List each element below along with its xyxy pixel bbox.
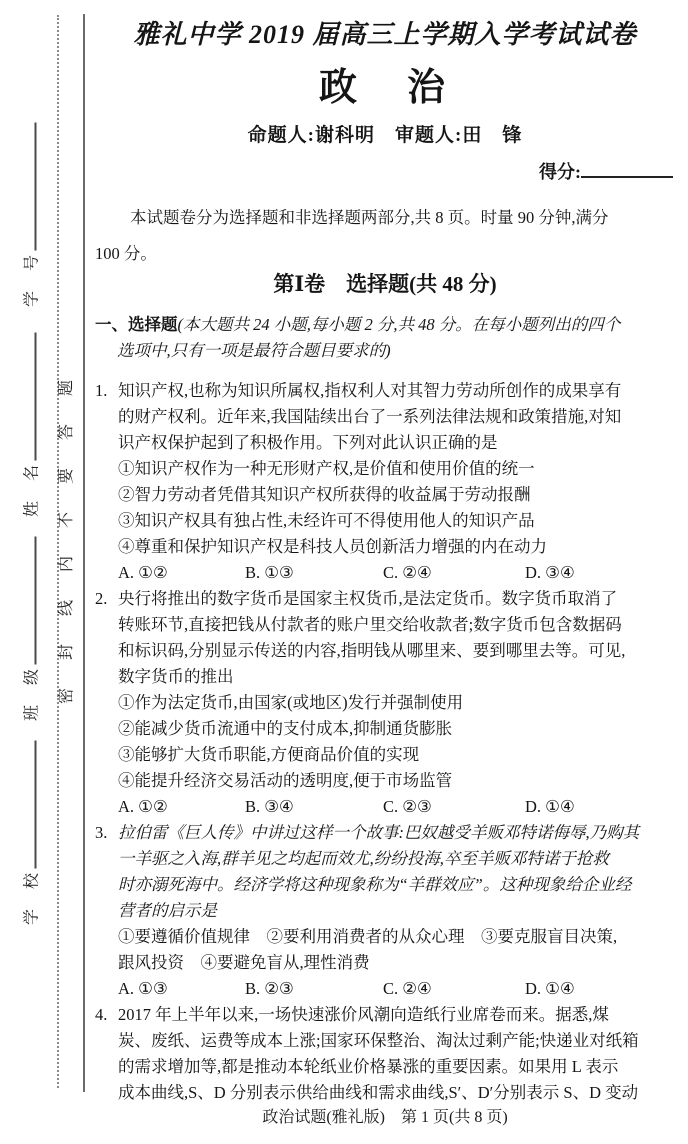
- question-line: 识产权保护起到了积极作用。下列对此认识正确的是: [118, 430, 675, 456]
- question-4-body: 2017 年上半年以来,一场快速涨价风潮向造纸行业席卷而来。据悉,煤 炭、废纸、…: [118, 1002, 675, 1106]
- question-1: 1. 知识产权,也称为知识所属权,指权利人对其智力劳动所创作的成果享有 的财产权…: [95, 378, 675, 586]
- question-statement: ③知识产权具有独占性,未经许可不得使用他人的知识产品: [118, 508, 675, 534]
- question-2: 2. 央行将推出的数字货币是国家主权货币,是法定货币。数字货币取消了 转账环节,…: [95, 586, 675, 820]
- question-statement: 跟风投资 ④要避免盲从,理性消费: [118, 950, 675, 976]
- option-c: C. ②③: [383, 794, 525, 820]
- question-3-options: A. ①③B. ②③C. ②④D. ①④: [118, 976, 675, 1002]
- question-statement: ②能减少货币流通中的支付成本,抑制通货膨胀: [118, 716, 675, 742]
- authors-line: 命题人:谢科明 审题人:田 锋: [95, 120, 675, 147]
- question-line: 央行将推出的数字货币是国家主权货币,是法定货币。数字货币取消了: [118, 586, 675, 612]
- field-class-blank: [23, 537, 37, 665]
- question-line: 拉伯雷《巨人传》中讲过这样一个故事:巴奴越受羊贩邓特诺侮辱,乃购其: [118, 820, 675, 846]
- option-d: D. ①④: [525, 976, 575, 1002]
- field-student-number-label: 学 号: [19, 253, 42, 307]
- question-2-body: 央行将推出的数字货币是国家主权货币,是法定货币。数字货币取消了 转账环节,直接把…: [118, 586, 675, 820]
- question-line: 和标识码,分别显示传送的内容,指明钱从哪里来、要到哪里去等。可见,: [118, 638, 675, 664]
- section-lead-line: 一、选择题(本大题共 24 小题,每小题 2 分,共 48 分。在每小题列出的四…: [95, 312, 675, 338]
- score-label: 得分:: [539, 162, 581, 182]
- question-1-body: 知识产权,也称为知识所属权,指权利人对其智力劳动所创作的成果享有 的财产权利。近…: [118, 378, 675, 586]
- question-statement: ②智力劳动者凭借其知识产权所获得的收益属于劳动报酬: [118, 482, 675, 508]
- question-1-options: A. ①②B. ①③C. ②④D. ③④: [118, 560, 675, 586]
- field-school-label: 学 校: [19, 871, 42, 925]
- option-a: A. ①②: [118, 794, 245, 820]
- question-line: 炭、废纸、运费等成本上涨;国家环保整治、淘汰过剩产能;快递业对纸箱: [118, 1028, 675, 1054]
- question-line: 成本曲线,S、D 分别表示供给曲线和需求曲线,S′、D′分别表示 S、D 变动: [118, 1080, 675, 1106]
- question-statement: ①作为法定货币,由国家(或地区)发行并强制使用: [118, 690, 675, 716]
- field-student-number: 学 号: [19, 108, 41, 323]
- question-3-number: 3.: [95, 820, 107, 846]
- option-b: B. ①③: [245, 560, 383, 586]
- option-c: C. ②④: [383, 560, 525, 586]
- question-line: 转账环节,直接把钱从付款者的账户里交给收款者;数字货币包含数据码: [118, 612, 675, 638]
- option-a: A. ①③: [118, 976, 245, 1002]
- subject-title: 政 治: [95, 56, 675, 111]
- question-line: 的需求增加等,都是推动本轮纸业价格暴涨的重要因素。如果用 L 表示: [118, 1054, 675, 1080]
- option-b: B. ③④: [245, 794, 383, 820]
- field-class-label: 班 级: [19, 667, 42, 721]
- question-4: 4. 2017 年上半年以来,一场快速涨价风潮向造纸行业席卷而来。据悉,煤 炭、…: [95, 1002, 675, 1106]
- seal-line-text: 密封线内不要答题: [53, 346, 75, 710]
- question-statement: ①要遵循价值规律 ②要利用消费者的从众心理 ③要克服盲目决策,: [118, 924, 675, 950]
- question-line: 营者的启示是: [118, 898, 675, 924]
- question-line: 数字货币的推出: [118, 664, 675, 690]
- page-footer: 政治试题(雅礼版) 第 1 页(共 8 页): [95, 1104, 675, 1127]
- intro-paragraph: 本试题卷分为选择题和非选择题两部分,共 8 页。时量 90 分钟,满分 100 …: [95, 200, 675, 272]
- field-name-blank: [23, 333, 37, 461]
- question-line: 一羊驱之入海,群羊见之均起而效尤,纷纷投海,卒至羊贩邓特诺于抢救: [118, 846, 675, 872]
- section-lead: 一、选择题(本大题共 24 小题,每小题 2 分,共 48 分。在每小题列出的四…: [95, 312, 675, 364]
- field-student-number-blank: [23, 123, 37, 251]
- field-name-label: 姓 名: [19, 463, 42, 517]
- option-a: A. ①②: [118, 560, 245, 586]
- field-school-blank: [23, 741, 37, 869]
- question-2-number: 2.: [95, 586, 107, 612]
- field-class: 班 级: [19, 522, 41, 737]
- option-d: D. ③④: [525, 560, 575, 586]
- score-field: 得分:: [539, 158, 673, 184]
- option-c: C. ②④: [383, 976, 525, 1002]
- option-b: B. ②③: [245, 976, 383, 1002]
- intro-line: 本试题卷分为选择题和非选择题两部分,共 8 页。时量 90 分钟,满分: [95, 200, 675, 236]
- question-line: 时亦溺死海中。经济学将这种现象称为“羊群效应”。这种现象给企业经: [118, 872, 675, 898]
- question-1-number: 1.: [95, 378, 107, 404]
- question-line: 的财产权利。近年来,我国陆续出台了一系列法律法规和政策措施,对知: [118, 404, 675, 430]
- exam-content: 雅礼中学 2019 届高三上学期入学考试试卷 政 治 命题人:谢科明 审题人:田…: [95, 0, 675, 1144]
- field-school: 学 校: [19, 726, 41, 941]
- section-title: 一、选择题: [95, 315, 178, 334]
- question-statement: ①知识产权作为一种无形财产权,是价值和使用价值的统一: [118, 456, 675, 482]
- option-d: D. ①④: [525, 794, 575, 820]
- score-blank-line: [581, 162, 673, 178]
- margin-border-line: [83, 14, 85, 1092]
- question-statement: ③能够扩大货币职能,方便商品价值的实现: [118, 742, 675, 768]
- exam-page: 学 号 姓 名 班 级 学 校 密封线内不要答题 雅礼中学 2019 届高三上学…: [0, 0, 688, 1144]
- exam-title: 雅礼中学 2019 届高三上学期入学考试试卷: [95, 14, 675, 51]
- intro-line: 100 分。: [95, 236, 675, 272]
- question-line: 2017 年上半年以来,一场快速涨价风潮向造纸行业席卷而来。据悉,煤: [118, 1002, 675, 1028]
- field-name: 姓 名: [19, 318, 41, 533]
- part1-heading: 第Ⅰ卷 选择题(共 48 分): [95, 268, 675, 298]
- question-statement: ④尊重和保护知识产权是科技人员创新活力增强的内在动力: [118, 534, 675, 560]
- section-lead-line: 选项中,只有一项是最符合题目要求的): [117, 338, 675, 364]
- question-2-options: A. ①②B. ③④C. ②③D. ①④: [118, 794, 675, 820]
- question-statement: ④能提升经济交易活动的透明度,便于市场监管: [118, 768, 675, 794]
- question-3-body: 拉伯雷《巨人传》中讲过这样一个故事:巴奴越受羊贩邓特诺侮辱,乃购其 一羊驱之入海…: [118, 820, 675, 1002]
- section-lead-text: (本大题共 24 小题,每小题 2 分,共 48 分。在每小题列出的四个: [178, 315, 621, 334]
- question-4-number: 4.: [95, 1002, 107, 1028]
- question-3: 3. 拉伯雷《巨人传》中讲过这样一个故事:巴奴越受羊贩邓特诺侮辱,乃购其 一羊驱…: [95, 820, 675, 1002]
- question-line: 知识产权,也称为知识所属权,指权利人对其智力劳动所创作的成果享有: [118, 378, 675, 404]
